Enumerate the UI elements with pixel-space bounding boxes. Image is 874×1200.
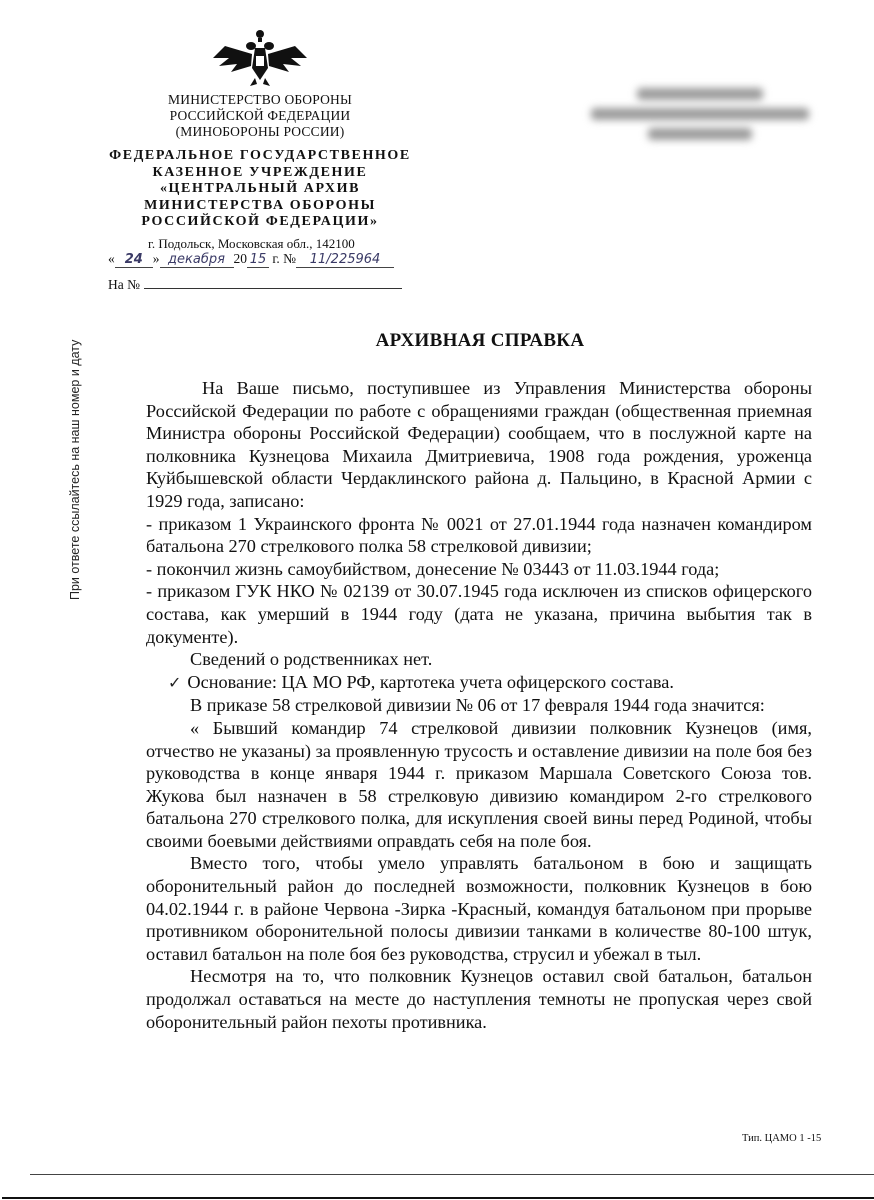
document-title: АРХИВНАЯ СПРАВКА — [140, 330, 820, 352]
archive-line: МИНИСТЕРСТВА ОБОРОНЫ — [100, 198, 420, 215]
archive-line: РОССИЙСКОЙ ФЕДЕРАЦИИ» — [100, 214, 420, 231]
year-label: г. — [272, 251, 279, 266]
double-headed-eagle-emblem-icon — [205, 28, 315, 88]
outgoing-date-number: «24»декабря2015 г. №11/225964 — [108, 251, 394, 268]
basis-paragraph: ✓Основание: ЦА МО РФ, картотека учета оф… — [146, 671, 812, 695]
scan-edge-line — [30, 1174, 874, 1175]
handwritten-day: 24 — [115, 253, 153, 268]
number-label: № — [283, 251, 296, 266]
ministry-name: МИНИСТЕРСТВО ОБОРОНЫ РОССИЙСКОЙ ФЕДЕРАЦИ… — [140, 92, 380, 140]
reference-blank-field — [144, 276, 402, 289]
record-item: - приказом ГУК НКО № 02139 от 30.07.1945… — [146, 580, 812, 648]
check-mark-icon: ✓ — [168, 673, 181, 692]
record-item: - покончил жизнь самоубийством, донесени… — [146, 558, 812, 581]
print-code: Тип. ЦАМО 1 -15 — [742, 1133, 821, 1144]
open-quote: « — [108, 251, 115, 266]
quote-paragraph: « Бывший командир 74 стрелковой дивизии … — [146, 717, 812, 853]
side-note: При ответе ссылайтесь на наш номер и дат… — [68, 340, 82, 600]
ministry-line: МИНИСТЕРСТВО ОБОРОНЫ — [140, 92, 380, 108]
archive-address: г. Подольск, Московская обл., 142100 — [148, 236, 355, 252]
ministry-line: РОССИЙСКОЙ ФЕДЕРАЦИИ — [140, 108, 380, 124]
basis-text: Основание: ЦА МО РФ, картотека учета офи… — [187, 672, 674, 692]
archive-line: ФЕДЕРАЛЬНОЕ ГОСУДАРСТВЕННОЕ — [100, 148, 420, 165]
year-prefix: 20 — [234, 251, 248, 266]
quote-paragraph: Несмотря на то, что полковник Кузнецов о… — [146, 965, 812, 1033]
handwritten-number: 11/225964 — [296, 253, 394, 268]
archive-line: КАЗЕННОЕ УЧРЕЖДЕНИЕ — [100, 165, 420, 182]
archive-name: ФЕДЕРАЛЬНОЕ ГОСУДАРСТВЕННОЕ КАЗЕННОЕ УЧР… — [100, 148, 420, 231]
archive-line: «ЦЕНТРАЛЬНЫЙ АРХИВ — [100, 181, 420, 198]
record-item: - приказом 1 Украинского фронта № 0021 о… — [146, 513, 812, 558]
relatives-paragraph: Сведений о родственниках нет. — [146, 648, 812, 671]
handwritten-month: декабря — [160, 253, 234, 268]
document-body: На Ваше письмо, поступившее из Управлени… — [146, 377, 812, 1033]
quote-paragraph: Вместо того, чтобы умело управлять батал… — [146, 852, 812, 965]
ministry-line: (МИНОБОРОНЫ РОССИИ) — [140, 124, 380, 140]
scan-bottom-edge — [2, 1197, 874, 1199]
handwritten-year: 15 — [247, 253, 269, 268]
reference-line: На № — [108, 276, 402, 293]
intro-paragraph: На Ваше письмо, поступившее из Управлени… — [146, 377, 812, 513]
addressee-redacted-block — [585, 80, 815, 160]
order-intro-paragraph: В приказе 58 стрелковой дивизии № 06 от … — [146, 694, 812, 717]
close-quote: » — [153, 251, 160, 266]
reference-label: На № — [108, 277, 140, 292]
